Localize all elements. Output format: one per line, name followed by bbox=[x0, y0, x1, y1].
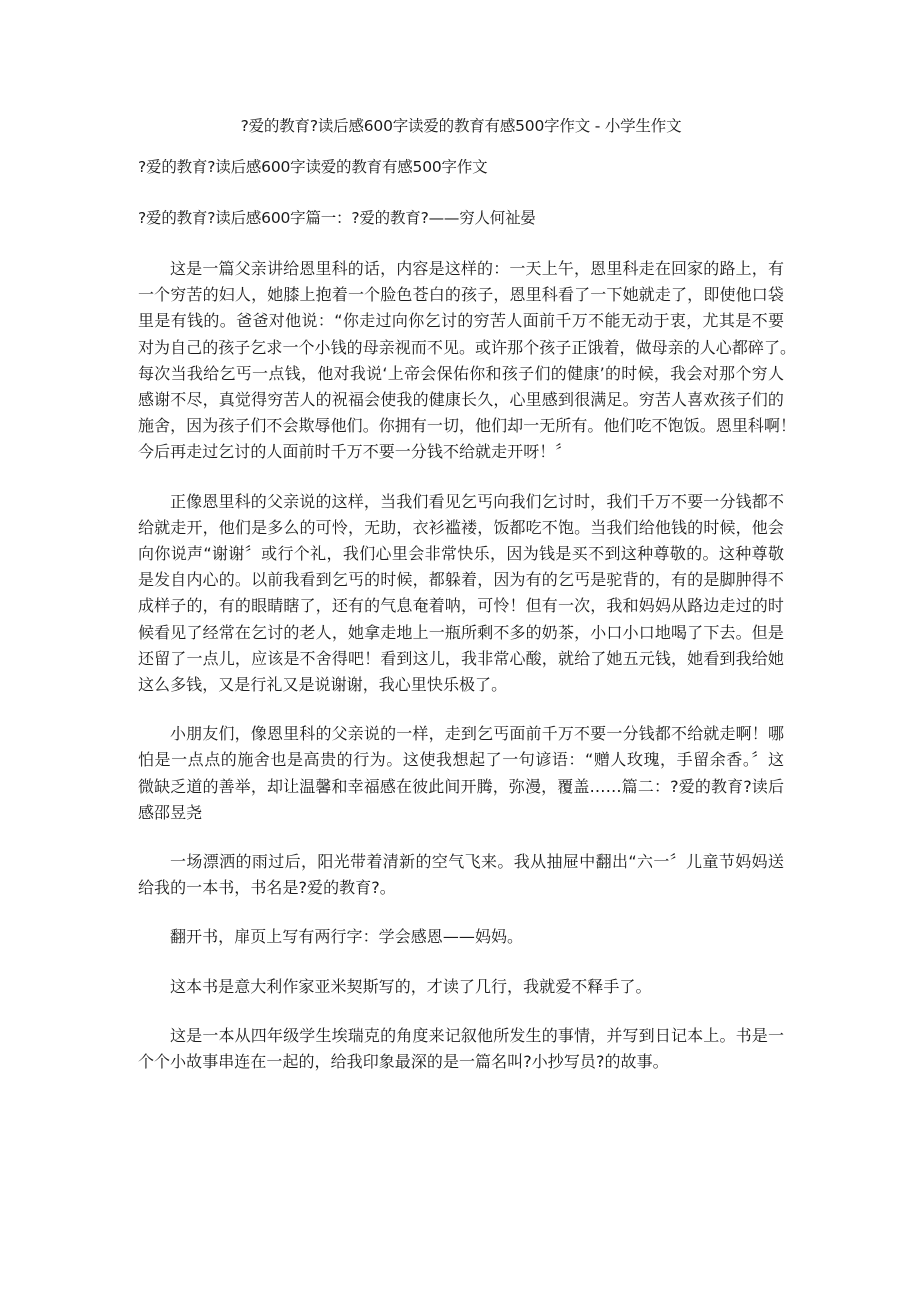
paragraph-line: 给我的一本书，书名是?爱的教育?。 bbox=[138, 875, 784, 901]
paragraph-line: 候看见了经常在乞讨的老人，她拿走地上一瓶所剩不多的奶茶，小口小口地喝了下去。但是 bbox=[138, 620, 784, 646]
paragraph-line: 感谢不尽，真觉得穷苦人的祝福会使我的健康长久，心里感到很满足。穷苦人喜欢孩子们的 bbox=[138, 387, 784, 413]
document-page: ?爱的教育?读后感600字读爱的教育有感500字作文 - 小学生作文 ?爱的教育… bbox=[138, 113, 784, 1098]
paragraph-line: 小朋友们，像恩里科的父亲说的一样，走到乞丐面前千万不要一分钱都不给就走啊！哪 bbox=[138, 721, 784, 747]
paragraph: 这本书是意大利作家亚米契斯写的，才读了几行，我就爱不释手了。 bbox=[138, 974, 784, 1000]
paragraph-line: 今后再走过乞讨的人面前时千万不要一分钱不给就走开呀！〞 bbox=[138, 439, 784, 465]
paragraph-line: 施舍，因为孩子们不会欺辱他们。你拥有一切，他们却一无所有。他们吃不饱饭。恩里科啊… bbox=[138, 413, 784, 439]
paragraph-line: 每次当我给乞丐一点钱，他对我说‘上帝会保佑你和孩子们的健康’的时候，我会对那个穷… bbox=[138, 361, 784, 387]
paragraph-line: 正像恩里科的父亲说的这样，当我们看见乞丐向我们乞讨时，我们千万不要一分钱都不 bbox=[138, 489, 784, 515]
paragraph: 翻开书，扉页上写有两行字：学会感恩——妈妈。 bbox=[138, 924, 784, 950]
paragraph-line: 给就走开，他们是多么的可怜，无助，衣衫褴褛，饭都吃不饱。当我们给他钱的时候，他会 bbox=[138, 515, 784, 541]
paragraph: 小朋友们，像恩里科的父亲说的一样，走到乞丐面前千万不要一分钱都不给就走啊！哪怕是… bbox=[138, 721, 784, 826]
paragraph-line: 这是一篇父亲讲给恩里科的话，内容是这样的：一天上午，恩里科走在回家的路上，有 bbox=[138, 256, 784, 282]
section-heading: ?爱的教育?读后感600字篇一：?爱的教育?——穷人何祉晏 bbox=[138, 205, 784, 231]
paragraph-line: 里是有钱的。爸爸对他说：“你走过向你乞讨的穷苦人面前千万不能无动于衷，尤其是不要 bbox=[138, 308, 784, 334]
paragraph-line: 是发自内心的。以前我看到乞丐的时候，都躲着，因为有的乞丐是驼背的，有的是脚肿得不 bbox=[138, 567, 784, 593]
paragraph-line: 怕是一点点的施舍也是高贵的行为。这使我想起了一句谚语：“赠人玫瑰，手留余香。〞这 bbox=[138, 747, 784, 773]
paragraph-line: 翻开书，扉页上写有两行字：学会感恩——妈妈。 bbox=[138, 924, 784, 950]
paragraph-line: 还留了一点儿，应该是不舍得吧！看到这儿，我非常心酸，就给了她五元钱，她看到我给她 bbox=[138, 646, 784, 672]
paragraph-line: 微缺乏道的善举，却让温馨和幸福感在彼此间开腾，弥漫，覆盖……篇二：?爱的教育?读… bbox=[138, 774, 784, 800]
paragraph: 正像恩里科的父亲说的这样，当我们看见乞丐向我们乞讨时，我们千万不要一分钱都不给就… bbox=[138, 489, 784, 699]
paragraph-line: 这么多钱，又是行礼又是说谢谢，我心里快乐极了。 bbox=[138, 672, 784, 698]
paragraph: 这是一篇父亲讲给恩里科的话，内容是这样的：一天上午，恩里科走在回家的路上，有一个… bbox=[138, 256, 784, 466]
article-heading: ?爱的教育?读后感600字读爱的教育有感500字作文 bbox=[138, 154, 784, 180]
paragraph-line: 成样子的，有的眼睛瞎了，还有的气息奄着呐，可怜！但有一次，我和妈妈从路边走过的时 bbox=[138, 593, 784, 619]
paragraph-line: 这是一本从四年级学生埃瑞克的角度来记叙他所发生的事情，并写到日记本上。书是一 bbox=[138, 1023, 784, 1049]
paragraph-line: 一个穷苦的妇人，她膝上抱着一个脸色苍白的孩子，恩里科看了一下她就走了，即使他口袋 bbox=[138, 282, 784, 308]
paragraph-line: 个个小故事串连在一起的，给我印象最深的是一篇名叫?小抄写员?的故事。 bbox=[138, 1049, 784, 1075]
paragraph-line: 这本书是意大利作家亚米契斯写的，才读了几行，我就爱不释手了。 bbox=[138, 974, 784, 1000]
paragraph-line: 感邵昱尧 bbox=[138, 800, 784, 826]
article-body: 这是一篇父亲讲给恩里科的话，内容是这样的：一天上午，恩里科走在回家的路上，有一个… bbox=[138, 256, 784, 1075]
paragraph: 这是一本从四年级学生埃瑞克的角度来记叙他所发生的事情，并写到日记本上。书是一个个… bbox=[138, 1023, 784, 1075]
paragraph-line: 对为自己的孩子乞求一个小钱的母亲视而不见。或许那个孩子正饿着，做母亲的人心都碎了… bbox=[138, 335, 784, 361]
paragraph-line: 向你说声“谢谢〞或行个礼，我们心里会非常快乐，因为钱是买不到这种尊敬的。这种尊敬 bbox=[138, 541, 784, 567]
paragraph-line: 一场漂洒的雨过后，阳光带着清新的空气飞来。我从抽屉中翻出“六一〞儿童节妈妈送 bbox=[138, 849, 784, 875]
paragraph: 一场漂洒的雨过后，阳光带着清新的空气飞来。我从抽屉中翻出“六一〞儿童节妈妈送给我… bbox=[138, 849, 784, 901]
document-title: ?爱的教育?读后感600字读爱的教育有感500字作文 - 小学生作文 bbox=[138, 113, 784, 139]
